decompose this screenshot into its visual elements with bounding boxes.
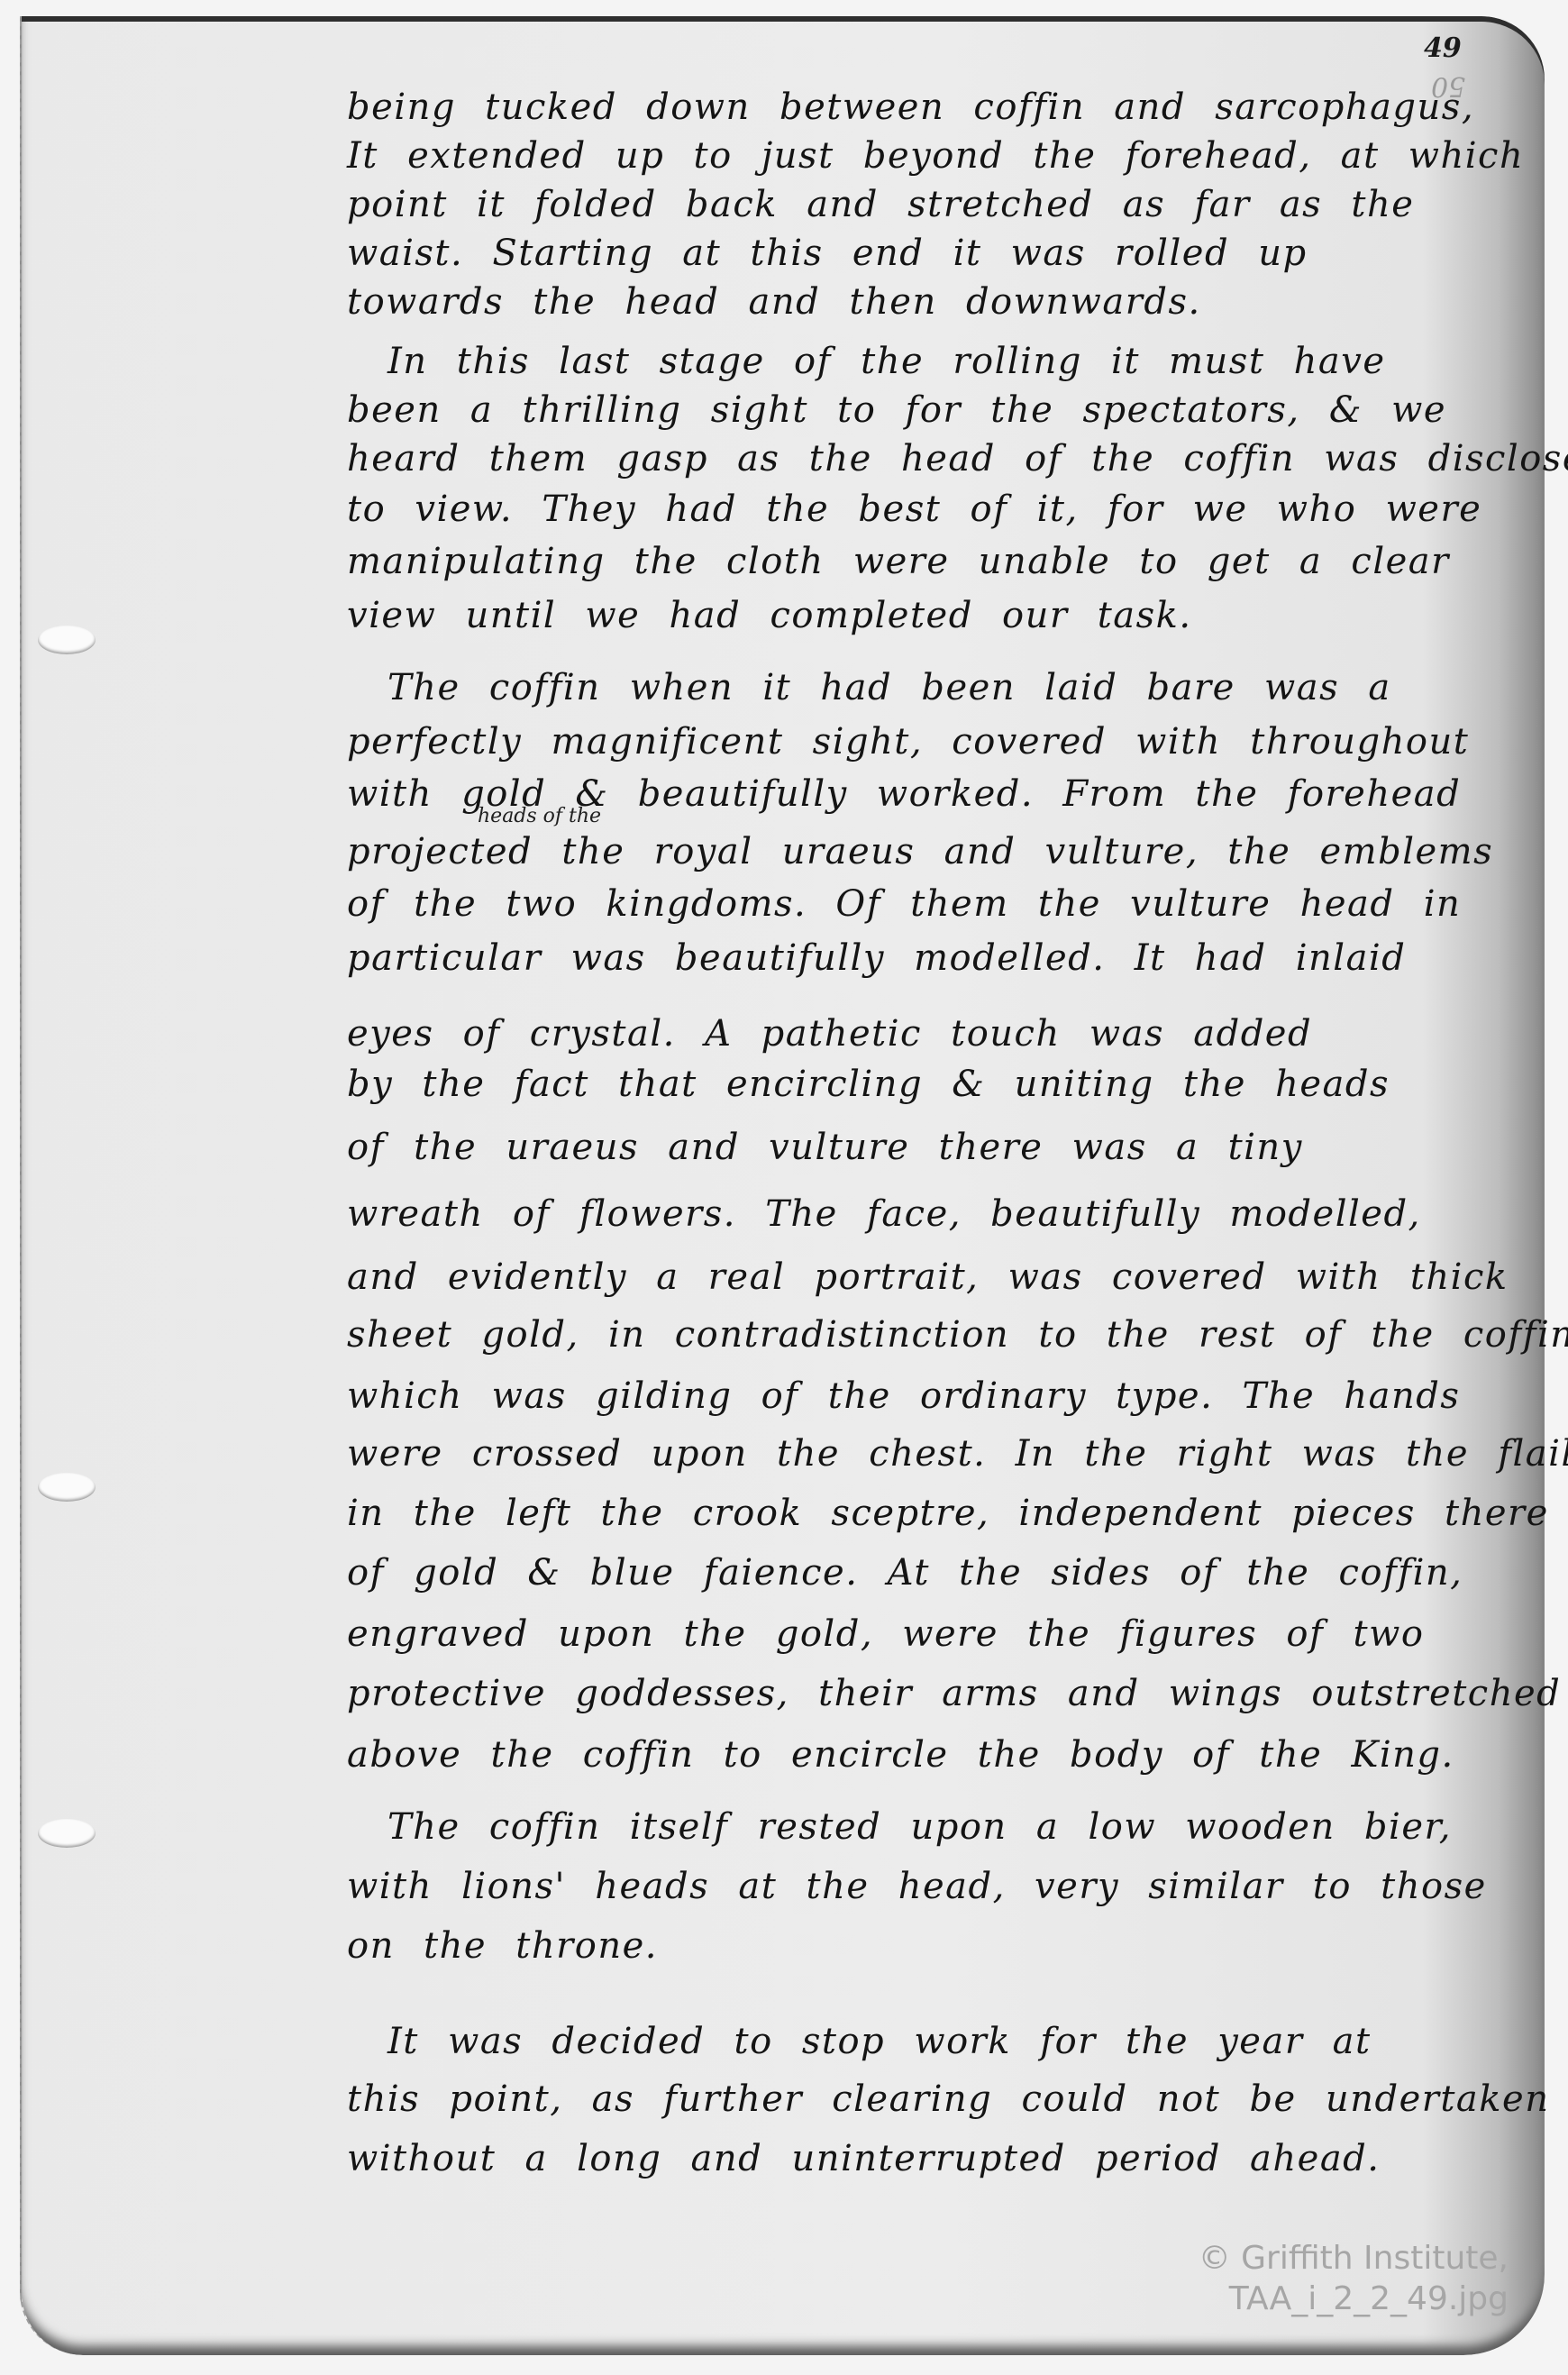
- manuscript-line: view until we had completed our task.: [347, 595, 1482, 636]
- manuscript-line: projected the royal uraeus and vulture, …: [347, 831, 1482, 872]
- manuscript-line: being tucked down between coffin and sar…: [347, 87, 1482, 128]
- manuscript-line: protective goddesses, their arms and win…: [347, 1673, 1482, 1714]
- manuscript-line: sheet gold, in contradistinction to the …: [347, 1314, 1482, 1356]
- manuscript-line: wreath of flowers. The face, beautifully…: [347, 1193, 1482, 1235]
- manuscript-line: in the left the crook sceptre, independe…: [347, 1493, 1482, 1534]
- punch-hole-top: [38, 626, 96, 654]
- interlinear-insertion: heads of the: [478, 805, 601, 827]
- manuscript-line: towards the head and then downwards.: [347, 281, 1482, 323]
- manuscript-line: The coffin itself rested upon a low wood…: [387, 1806, 1523, 1848]
- manuscript-line: In this last stage of the rolling it mus…: [387, 341, 1523, 382]
- page-number: 49: [1424, 32, 1462, 64]
- manuscript-line: this point, as further clearing could no…: [347, 2078, 1482, 2120]
- manuscript-line: above the coffin to encircle the body of…: [347, 1734, 1482, 1776]
- manuscript-line: point it folded back and stretched as fa…: [347, 184, 1482, 225]
- manuscript-line: been a thrilling sight to for the specta…: [347, 389, 1482, 431]
- manuscript-line: It extended up to just beyond the forehe…: [347, 135, 1482, 177]
- manuscript-line: of gold & blue faience. At the sides of …: [347, 1552, 1482, 1594]
- manuscript-line: with lions' heads at the head, very simi…: [347, 1866, 1482, 1907]
- manuscript-line: of the uraeus and vulture there was a ti…: [347, 1127, 1482, 1168]
- manuscript-line: heard them gasp as the head of the coffi…: [347, 438, 1482, 480]
- manuscript-line: of the two kingdoms. Of them the vulture…: [347, 883, 1482, 925]
- manuscript-line: and evidently a real portrait, was cover…: [347, 1256, 1482, 1298]
- manuscript-line: The coffin when it had been laid bare wa…: [387, 667, 1523, 708]
- manuscript-line: on the throne.: [347, 1925, 1482, 1967]
- manuscript-line: It was decided to stop work for the year…: [387, 2021, 1523, 2062]
- manuscript-line: eyes of crystal. A pathetic touch was ad…: [347, 1013, 1482, 1055]
- file-name-watermark: TAA_i_2_2_49.jpg: [1229, 2280, 1509, 2317]
- manuscript-line: were crossed upon the chest. In the righ…: [347, 1433, 1482, 1475]
- punch-hole-bottom: [38, 1819, 96, 1848]
- manuscript-line: manipulating the cloth were unable to ge…: [347, 541, 1482, 582]
- manuscript-line: by the fact that encircling & uniting th…: [347, 1064, 1482, 1105]
- manuscript-line: perfectly magnificent sight, covered wit…: [347, 721, 1482, 763]
- punch-hole-middle: [38, 1473, 96, 1502]
- manuscript-line: engraved upon the gold, were the figures…: [347, 1613, 1482, 1655]
- manuscript-line: to view. They had the best of it, for we…: [347, 489, 1482, 530]
- manuscript-line: particular was beautifully modelled. It …: [347, 937, 1482, 979]
- copyright-watermark: © Griffith Institute,: [1199, 2240, 1509, 2277]
- manuscript-line: waist. Starting at this end it was rolle…: [347, 233, 1482, 274]
- manuscript-line: without a long and uninterrupted period …: [347, 2138, 1482, 2179]
- manuscript-line: which was gilding of the ordinary type. …: [347, 1375, 1482, 1417]
